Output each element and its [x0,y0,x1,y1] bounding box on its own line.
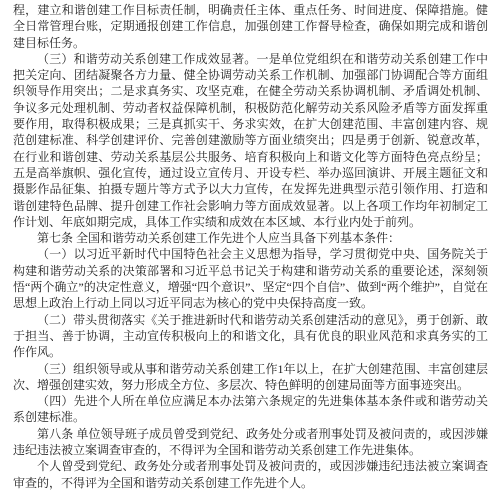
document-body: 程，建立和谐创建工作目标责任制，明确责任主体、重点任务、时间进度、保障措施。健全… [0,0,500,500]
paragraph: （三）组织领导或从事和谐劳动关系创建工作1年以上，在扩大创建范围、丰富创建层次、… [13,361,488,394]
paragraph: （二）带头贯彻落实《关于推进新时代和谐劳动关系创建活动的意见》，勇于创新、敢于担… [13,312,488,361]
paragraph: 第七条 全国和谐劳动关系创建工作先进个人应当具备下列基本条件： [13,230,488,246]
paragraph: （一）以习近平新时代中国特色社会主义思想为指导，学习贯彻党中央、国务院关于构建和… [13,246,488,311]
paragraph: （四）先进个人所在单位应满足本办法第六条规定的先进集体基本条件或和谐劳动关系创建… [13,393,488,426]
paragraph: 个人曾受到党纪、政务处分或者刑事处罚及被问责的，或因涉嫌违纪违法被立案调查审查的… [13,458,488,491]
paragraph: （三）和谐劳动关系创建工作成效显著。一是单位党组织在和谐劳动关系创建工作中把关定… [13,51,488,230]
paragraph: 第八条 单位领导班子成员曾受到党纪、政务处分或者刑事处罚及被问责的，或因涉嫌违纪… [13,426,488,459]
document-page: 程，建立和谐创建工作目标责任制，明确责任主体、重点任务、时间进度、保障措施。健全… [0,0,500,500]
paragraph: 程，建立和谐创建工作目标责任制，明确责任主体、重点任务、时间进度、保障措施。健全… [13,2,488,51]
